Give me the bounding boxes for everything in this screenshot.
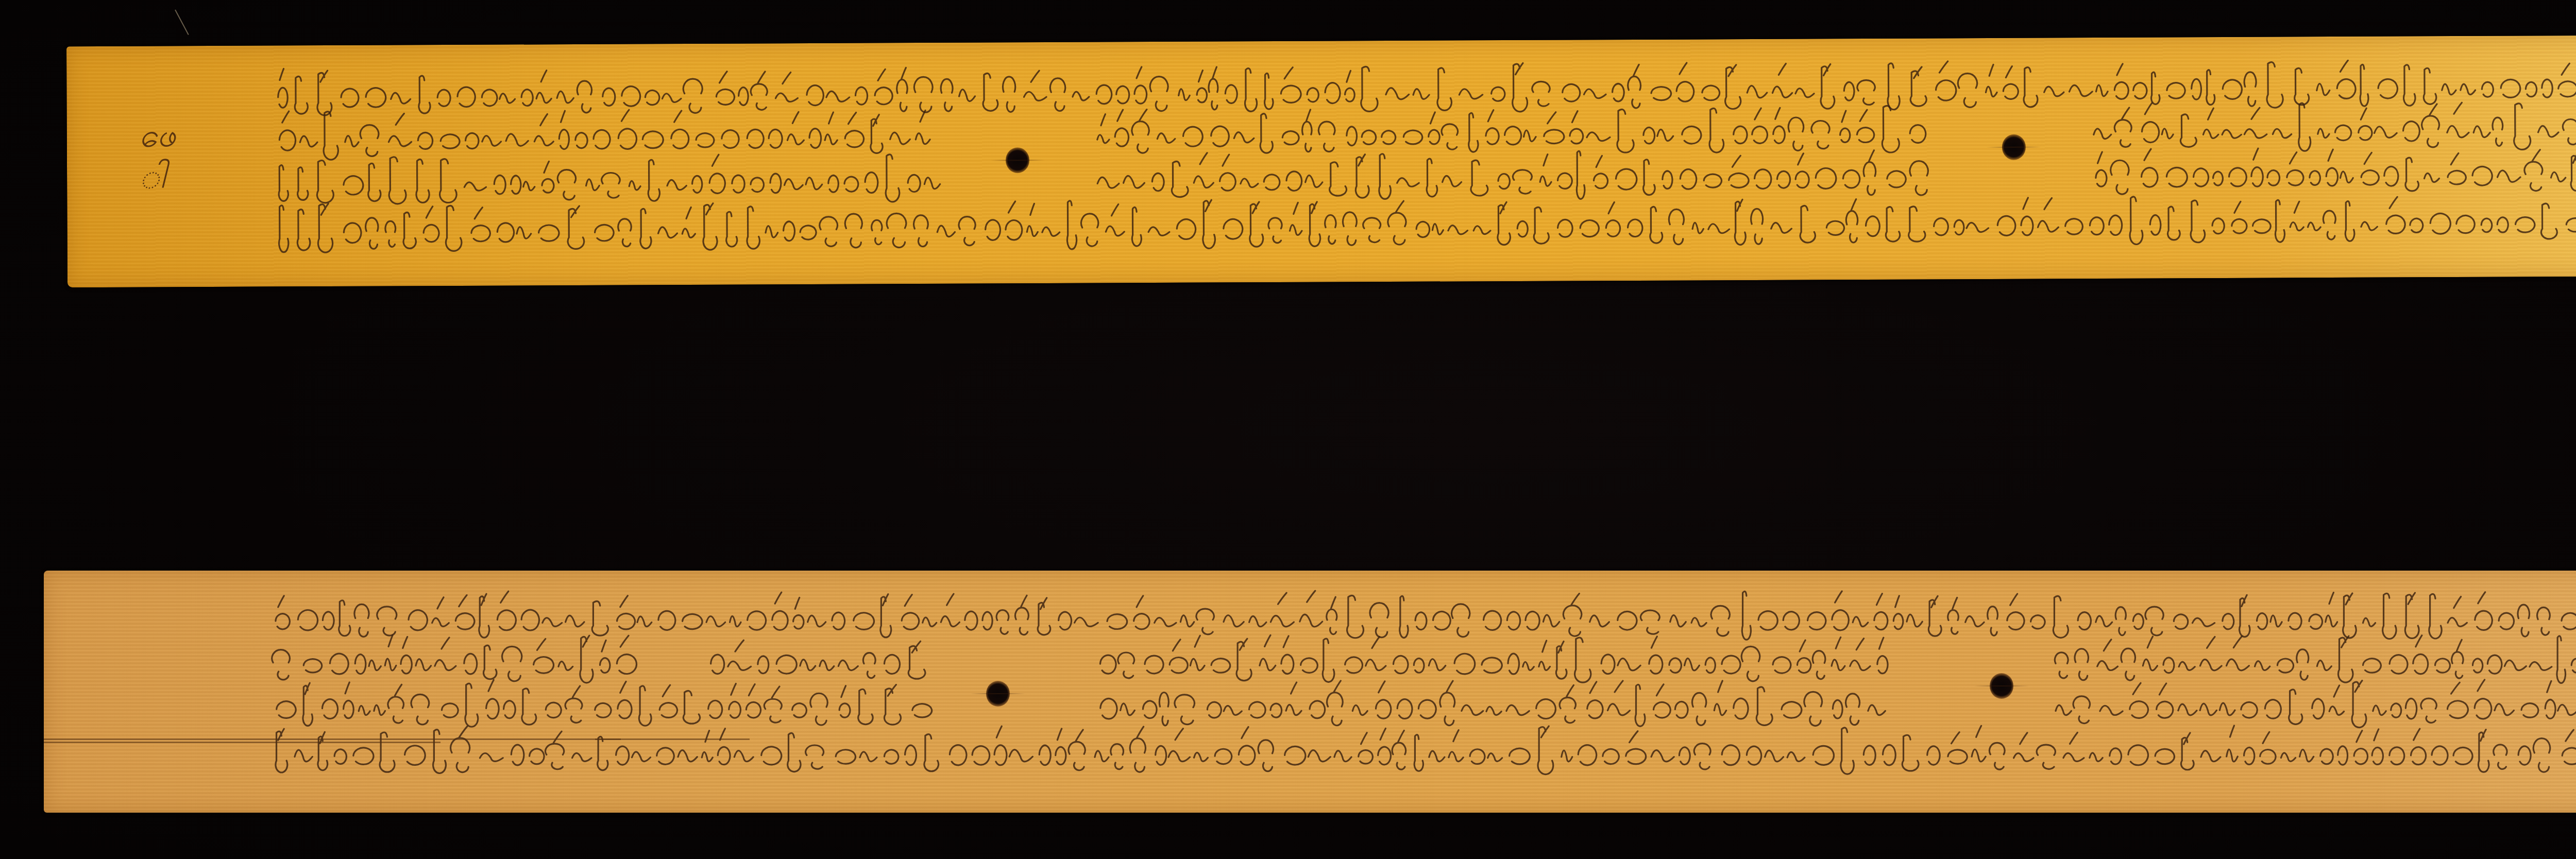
script-segment [276,591,2576,640]
incised-script-lines [66,34,2576,287]
ruled-line [44,738,621,740]
folio-number-line-2: ါ [139,160,165,193]
binding-hole [1990,673,2013,699]
palm-leaf-folio-top: ဖေ ါ ပုံဂံကျမ်းစာ … (line 1, continuous) [66,34,2576,287]
script-segment [1097,106,1926,156]
manuscript-photo: ဖေ ါ ပုံဂံကျမ်းစာ … (line 1, continuous)… [0,0,2576,859]
folio-number-line-1: ဖေ [139,119,176,152]
palm-leaf-folio-bottom: ပြ … ဟ … (line 1, continuous) [44,571,2576,813]
ruled-line [595,738,750,740]
script-segment [1097,149,1928,201]
binding-hole [2002,134,2026,160]
script-segment [278,58,2576,117]
script-segment [279,193,2576,253]
binding-hole [1006,147,1029,173]
script-segment [272,635,637,683]
script-segment [2056,679,2576,728]
script-segment [2094,100,2576,152]
ruled-line [44,742,440,743]
script-segment [279,153,940,204]
incised-script-lines [44,571,2576,813]
script-segment [1100,635,1888,682]
script-segment [277,680,932,727]
script-segment [2055,635,2576,683]
script-segment [2096,146,2576,195]
binding-hole [986,681,1010,707]
frayed-fiber [175,10,189,36]
script-segment [1100,681,1886,726]
script-segment [279,109,930,160]
script-segment [276,726,2576,775]
script-segment [711,640,925,679]
